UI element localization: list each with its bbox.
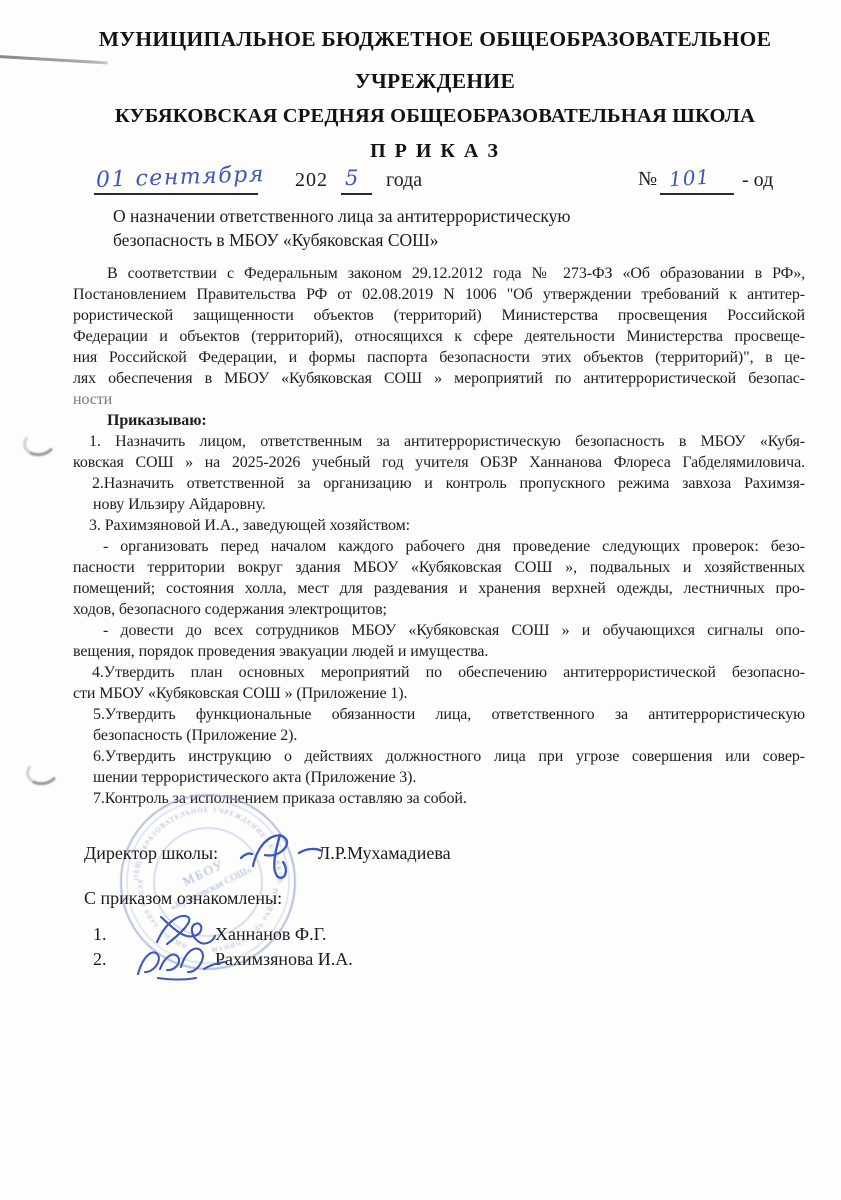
- scanned-order-document: МУНИЦИПАЛЬНОЕ БЮДЖЕТНОЕ ОБЩЕОБРАЗОВАТЕЛЬ…: [0, 0, 841, 1200]
- handwritten-date: 01 сентября: [96, 162, 266, 193]
- body-line: ковская СОШ » на 2025-2026 учебный год у…: [73, 452, 805, 473]
- scan-artifact-line: [0, 55, 108, 64]
- body-line: В соответствии с Федеральным законом 29.…: [73, 263, 805, 284]
- hole-punch-mark: [21, 427, 58, 458]
- body-line: нову Ильзиру Айдаровну.: [73, 494, 805, 515]
- order-number-handwritten: 101: [668, 165, 711, 192]
- body-line: Приказываю:: [73, 410, 805, 431]
- body-line: - организовать перед началом каждого раб…: [73, 536, 805, 557]
- body-line: Федерации и объектов (территорий), относ…: [73, 326, 805, 347]
- subject-line2: безопасность в МБОУ «Кубяковская СОШ»: [113, 229, 613, 253]
- body-line: Постановлением Правительства РФ от 02.08…: [73, 284, 805, 305]
- order-subject: О назначении ответственного лица за анти…: [113, 205, 613, 252]
- body-line: 2.Назначить ответственной за организацию…: [73, 473, 805, 494]
- body-line: 6.Утвердить инструкцию о действиях должн…: [73, 746, 805, 767]
- org-name-line2: УЧРЕЖДЕНИЕ: [60, 69, 810, 94]
- number-blank-line: [660, 193, 734, 195]
- year-blank-line: [341, 193, 372, 195]
- body-line: 3. Рахимзяновой И.А., заведующей хозяйст…: [73, 515, 805, 536]
- body-line: 1. Назначить лицом, ответственным за ант…: [73, 431, 805, 452]
- body-lines: В соответствии с Федеральным законом 29.…: [73, 263, 805, 809]
- body-line: рористической защищенности объектов (тер…: [73, 305, 805, 326]
- year-printed: 202: [295, 169, 328, 192]
- body-line: ния Российской Федерации, и формы паспор…: [73, 347, 805, 368]
- body-line: - довести до всех сотрудников МБОУ «Кубя…: [73, 620, 805, 641]
- school-name: КУБЯКОВСКАЯ СРЕДНЯЯ ОБЩЕОБРАЗОВАТЕЛЬНАЯ …: [60, 105, 810, 128]
- body-line: лях обеспечения в МБОУ «Кубяковская СОШ …: [73, 368, 805, 389]
- body-line: 5.Утвердить функциональные обязанности л…: [73, 704, 805, 725]
- ack-row-number: 2.: [93, 949, 107, 970]
- director-signature: [233, 826, 328, 886]
- rakhimzyanova-signature: [130, 938, 232, 986]
- date-blank-line: [94, 193, 258, 195]
- director-name: Л.Р.Мухамадиева: [318, 843, 451, 864]
- org-name-line1: МУНИЦИПАЛЬНОЕ БЮДЖЕТНОЕ ОБЩЕОБРАЗОВАТЕЛЬ…: [60, 27, 810, 52]
- body-line: вещения, порядок проведения эвакуации лю…: [73, 641, 805, 662]
- director-label: Директор школы:: [84, 843, 218, 864]
- body-line: 4.Утвердить план основных мероприятий по…: [73, 662, 805, 683]
- body-line: ности: [73, 389, 805, 410]
- body-line: сти МБОУ «Кубяковская СОШ » (Приложение …: [73, 683, 805, 704]
- subject-line1: О назначении ответственного лица за анти…: [113, 205, 613, 229]
- body-line: безопасность (Приложение 2).: [73, 725, 805, 746]
- body-line: пасности территории вокруг здания МБОУ «…: [73, 557, 805, 578]
- acknowledgment-heading: С приказом ознакомлены:: [84, 888, 282, 909]
- doc-type-title: П Р И К А З: [60, 140, 810, 163]
- year-suffix: года: [386, 169, 422, 192]
- number-suffix: - од: [742, 169, 773, 192]
- ack-row-number: 1.: [93, 924, 107, 945]
- ack-name: Рахимзянова И.А.: [215, 949, 353, 970]
- body-line: шении террористического акта (Приложение…: [73, 767, 805, 788]
- number-sign: №: [638, 168, 657, 191]
- year-handwritten-digit: 5: [345, 166, 358, 190]
- body-line: помещений; состояния холла, мест для раз…: [73, 578, 805, 599]
- body-line: ходов, безопасного содержания электрощит…: [73, 599, 805, 620]
- hole-punch-mark: [24, 756, 61, 787]
